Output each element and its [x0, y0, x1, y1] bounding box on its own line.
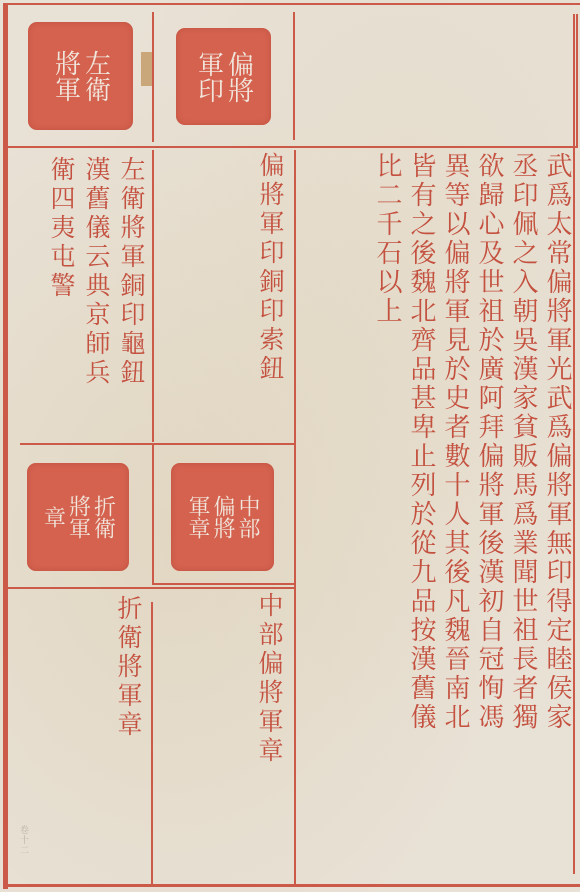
caption-zuowei-note-2: 衛四夷屯警	[47, 156, 76, 301]
divider-left-middle-2	[152, 150, 154, 442]
seal-column: 中部	[235, 495, 260, 539]
divider-right-top	[576, 14, 578, 146]
seal-column: 折衛	[91, 495, 116, 539]
hline-top-seals	[8, 146, 578, 148]
margin-mark: 卷十二	[17, 825, 30, 855]
frame-bottom	[3, 884, 580, 887]
seal-zuowei-jiangjun: 左衛 將軍	[28, 22, 133, 130]
seal-column: 左衛	[81, 50, 111, 102]
commentary-column-1: 武爲太常偏將軍光武爲偏將軍無印得定睦侯家	[541, 152, 573, 732]
seal-column: 章	[41, 506, 66, 528]
commentary-column-3: 欲歸心及世祖於廣阿拜偏將軍後漢初自冠恂馮	[473, 152, 505, 732]
commentary-column-6: 比二千石以上	[371, 152, 403, 326]
seal-column: 將軍	[66, 495, 91, 539]
frame-top	[5, 3, 580, 5]
binding-tab	[141, 52, 152, 86]
commentary-column-5: 皆有之後魏北齊品甚卑止列於從九品按漢舊儀	[405, 152, 437, 732]
seal-pian-jiangjun-yin: 偏將 軍印	[176, 28, 271, 125]
document-page: 左衛 將軍 偏將 軍印 折衛 將軍 章 中部 偏將 軍章 左衛將軍銅印龜鈕 漢舊…	[0, 0, 580, 892]
commentary-column-4: 異等以偏將軍見於史者數十人其後凡魏晉南北	[439, 152, 471, 732]
seal-column: 將軍	[51, 50, 81, 102]
frame-left	[3, 3, 8, 889]
seal-column: 軍印	[194, 51, 224, 103]
seal-zhongbu-pian-jiangjun-zhang: 中部 偏將 軍章	[171, 463, 274, 571]
seal-column: 偏將	[210, 495, 235, 539]
divider-left-middle-3	[152, 445, 154, 583]
hline-mid	[20, 443, 295, 445]
caption-pian-jiangjun-title: 偏將軍印銅印索鈕	[256, 152, 285, 384]
seal-column: 軍章	[185, 495, 210, 539]
divider-middle-right-2	[294, 150, 296, 884]
caption-zuowei-title: 左衛將軍銅印龜鈕	[117, 156, 146, 388]
divider-left-middle	[152, 12, 154, 142]
caption-zhongbu-title: 中部偏將軍章	[255, 592, 284, 766]
seal-column: 偏將	[224, 51, 254, 103]
seal-zhewei-jiangjun-zhang: 折衛 將軍 章	[27, 463, 129, 571]
caption-zhewei-title: 折衛將軍章	[114, 595, 143, 740]
divider-left-middle-4	[151, 602, 153, 884]
commentary-column-2: 丞印佩之入朝吳漢家貧販馬爲業聞世祖長者獨	[507, 152, 539, 732]
hline-lower	[8, 587, 295, 589]
hline-mid-seal-box	[152, 583, 295, 585]
caption-zuowei-note-1: 漢舊儀云典京師兵	[82, 156, 111, 388]
frame-right	[573, 14, 575, 874]
divider-middle-right	[293, 12, 295, 140]
